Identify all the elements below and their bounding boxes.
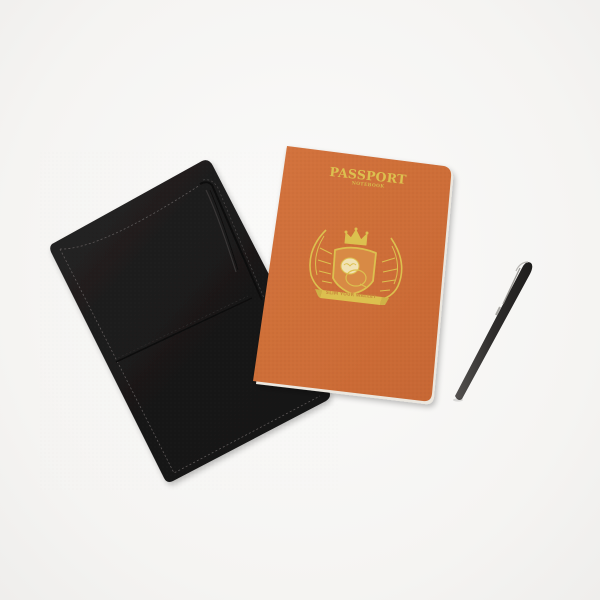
pen [453, 262, 532, 402]
product-photo: PASSPORT NOTEBOOK SLIM YOUR WALLET [0, 0, 600, 600]
passport-notebook [253, 146, 453, 404]
photo-illustration [0, 0, 600, 600]
